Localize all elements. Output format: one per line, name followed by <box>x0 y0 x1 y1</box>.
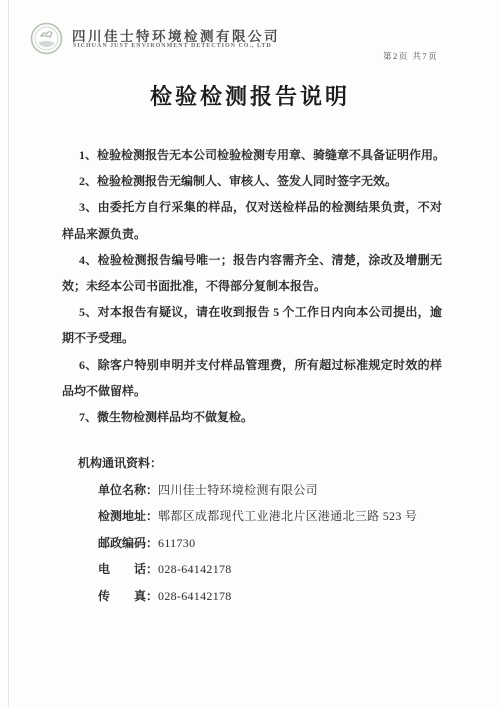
contact-label: 电 话： <box>98 562 158 576</box>
contact-label: 传 真： <box>98 589 158 603</box>
contact-heading: 机构通讯资料： <box>62 450 442 477</box>
note-item: 5、对本报告有疑议，请在收到报告 5 个工作日内向本公司提出，逾 期不予受理。 <box>62 299 442 351</box>
company-name-cn: 四川佳士特环境检测有限公司 <box>72 25 280 45</box>
note-item: 3、由委托方自行采集的样品，仅对送检样品的检测结果负责，不对 样品来源负责。 <box>62 194 442 246</box>
contact-value: 郫都区成都现代工业港北片区港通北三路 523 号 <box>158 509 417 523</box>
notes-list: 1、检验检测报告无本公司检验检测专用章、骑缝章不具备证明作用。 2、检验检测报告… <box>62 142 442 430</box>
page-header: 四川佳士特环境检测有限公司 SICHUAN JUST ENVIRONMENT D… <box>0 0 500 70</box>
note-item: 1、检验检测报告无本公司检验检测专用章、骑缝章不具备证明作用。 <box>62 142 442 168</box>
contact-row-address: 检测地址：郫都区成都现代工业港北片区港通北三路 523 号 <box>62 503 442 530</box>
contact-value: 四川佳士特环境检测有限公司 <box>158 483 318 497</box>
contact-label: 单位名称： <box>98 483 158 497</box>
note-item: 2、检验检测报告无编制人、审核人、签发人同时签字无效。 <box>62 168 442 194</box>
document-title: 检验检测报告说明 <box>0 80 500 111</box>
note-item: 6、除客户特别申明并支付样品管理费，所有超过标准规定时效的样 品均不做留样。 <box>62 352 442 404</box>
note-line: 2、检验检测报告无编制人、审核人、签发人同时签字无效。 <box>62 168 442 194</box>
contact-row-fax: 传 真：028-64142178 <box>62 583 442 610</box>
page-number: 第2页 共7页 <box>383 50 438 62</box>
contact-label: 检测地址： <box>98 509 158 523</box>
note-line: 6、除客户特别申明并支付样品管理费，所有超过标准规定时效的样 <box>62 352 442 378</box>
contact-row-postcode: 邮政编码：611730 <box>62 530 442 557</box>
note-line: 7、微生物检测样品均不做复检。 <box>62 404 442 430</box>
company-name-en: SICHUAN JUST ENVIRONMENT DETECTION CO., … <box>73 43 272 49</box>
note-line: 期不予受理。 <box>62 325 442 351</box>
contact-row-phone: 电 话：028-64142178 <box>62 556 442 583</box>
note-line: 样品来源负责。 <box>62 221 442 247</box>
note-line: 效；未经本公司书面批准，不得部分复制本报告。 <box>62 273 442 299</box>
note-line: 品均不做留样。 <box>62 378 442 404</box>
contact-label: 邮政编码： <box>98 536 158 550</box>
note-line: 5、对本报告有疑议，请在收到报告 5 个工作日内向本公司提出，逾 <box>62 299 442 325</box>
scanned-report-page: { "header": { "logo": "company-seal-logo… <box>0 0 500 707</box>
contact-value: 611730 <box>158 536 195 550</box>
note-line: 4、检验检测报告编号唯一；报告内容需齐全、清楚，涂改及增删无 <box>62 247 442 273</box>
contact-value: 028-64142178 <box>158 562 232 576</box>
contact-value: 028-64142178 <box>158 589 232 603</box>
company-seal-logo-icon <box>30 22 63 55</box>
note-item: 4、检验检测报告编号唯一；报告内容需齐全、清楚，涂改及增删无 效；未经本公司书面… <box>62 247 442 299</box>
note-line: 3、由委托方自行采集的样品，仅对送检样品的检测结果负责，不对 <box>62 194 442 220</box>
contact-block: 机构通讯资料： 单位名称：四川佳士特环境检测有限公司 检测地址：郫都区成都现代工… <box>62 450 442 610</box>
note-line: 1、检验检测报告无本公司检验检测专用章、骑缝章不具备证明作用。 <box>62 142 442 168</box>
note-item: 7、微生物检测样品均不做复检。 <box>62 404 442 430</box>
contact-row-company: 单位名称：四川佳士特环境检测有限公司 <box>62 477 442 504</box>
